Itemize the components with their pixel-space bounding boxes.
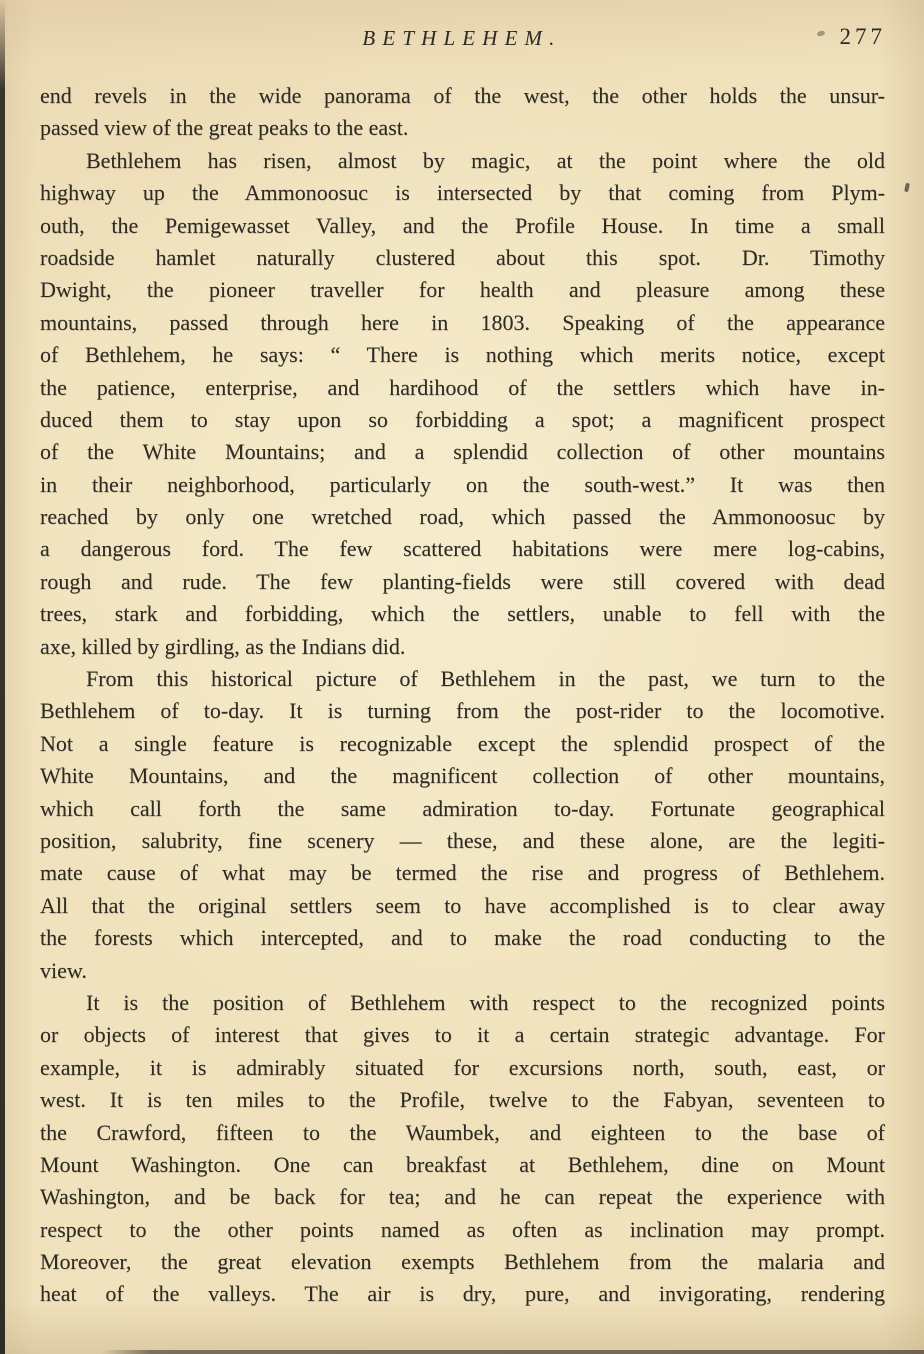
running-title: BETHLEHEM. [362,26,561,51]
text-line: Moreover, the great elevation exempts Be… [40,1246,885,1278]
text-line: example, it is admirably situated for ex… [40,1052,885,1084]
text-line: Not a single feature is recognizable exc… [40,728,885,760]
text-line: axe, killed by girdling, as the Indians … [40,631,885,663]
text-line: outh, the Pemigewasset Valley, and the P… [40,210,885,242]
text-line: the Crawford, fifteen to the Waumbek, an… [40,1117,885,1149]
text-line: which call forth the same admiration to-… [40,793,885,825]
paragraph: Bethlehem has risen, almost by magic, at… [40,145,885,663]
paragraph: From this historical picture of Bethlehe… [40,663,885,987]
text-line: Dwight, the pioneer traveller for health… [40,274,885,306]
text-line: end revels in the wide panorama of the w… [40,80,885,112]
text-line: heat of the valleys. The air is dry, pur… [40,1278,885,1310]
text-line: White Mountains, and the magnificent col… [40,760,885,792]
text-line: reached by only one wretched road, which… [40,501,885,533]
text-line: Mount Washington. One can breakfast at B… [40,1149,885,1181]
paragraph: It is the position of Bethlehem with res… [40,987,885,1311]
text-line: highway up the Ammonoosuc is intersected… [40,177,885,209]
text-block: end revels in the wide panorama of the w… [40,80,885,1311]
text-line: of the White Mountains; and a splendid c… [40,436,885,468]
text-line: Bethlehem has risen, almost by magic, at… [40,145,885,177]
book-page: BETHLEHEM. 277 end revels in the wide pa… [0,0,924,1354]
running-header: BETHLEHEM. 277 [0,26,924,64]
scan-edge-bottom-icon [102,1350,924,1354]
text-line: rough and rude. The few planting-fields … [40,566,885,598]
text-line: duced them to stay upon so forbidding a … [40,404,885,436]
text-line: Bethlehem of to-day. It is turning from … [40,695,885,727]
text-line: All that the original settlers seem to h… [40,890,885,922]
text-line: the patience, enterprise, and hardihood … [40,372,885,404]
paragraph: end revels in the wide panorama of the w… [40,80,885,145]
text-line: roadside hamlet naturally clustered abou… [40,242,885,274]
text-line: the forests which intercepted, and to ma… [40,922,885,954]
text-line: view. [40,955,885,987]
text-line: trees, stark and forbidding, which the s… [40,598,885,630]
text-line: of Bethlehem, he says: “ There is nothin… [40,339,885,371]
text-line: Washington, and be back for tea; and he … [40,1181,885,1213]
text-line: or objects of interest that gives to it … [40,1019,885,1051]
text-line: respect to the other points named as oft… [40,1214,885,1246]
text-line: a dangerous ford. The few scattered habi… [40,533,885,565]
text-line: position, salubrity, fine scenery — thes… [40,825,885,857]
text-line: west. It is ten miles to the Profile, tw… [40,1084,885,1116]
text-line: From this historical picture of Bethlehe… [40,663,885,695]
scan-speck-icon [904,183,910,193]
text-line: mate cause of what may be termed the ris… [40,857,885,889]
text-line: mountains, passed through here in 1803. … [40,307,885,339]
text-line: It is the position of Bethlehem with res… [40,987,885,1019]
text-line: passed view of the great peaks to the ea… [40,112,885,144]
scan-edge-left-icon [0,0,5,1354]
text-line: in their neighborhood, particularly on t… [40,469,885,501]
page-number: 277 [840,24,887,50]
